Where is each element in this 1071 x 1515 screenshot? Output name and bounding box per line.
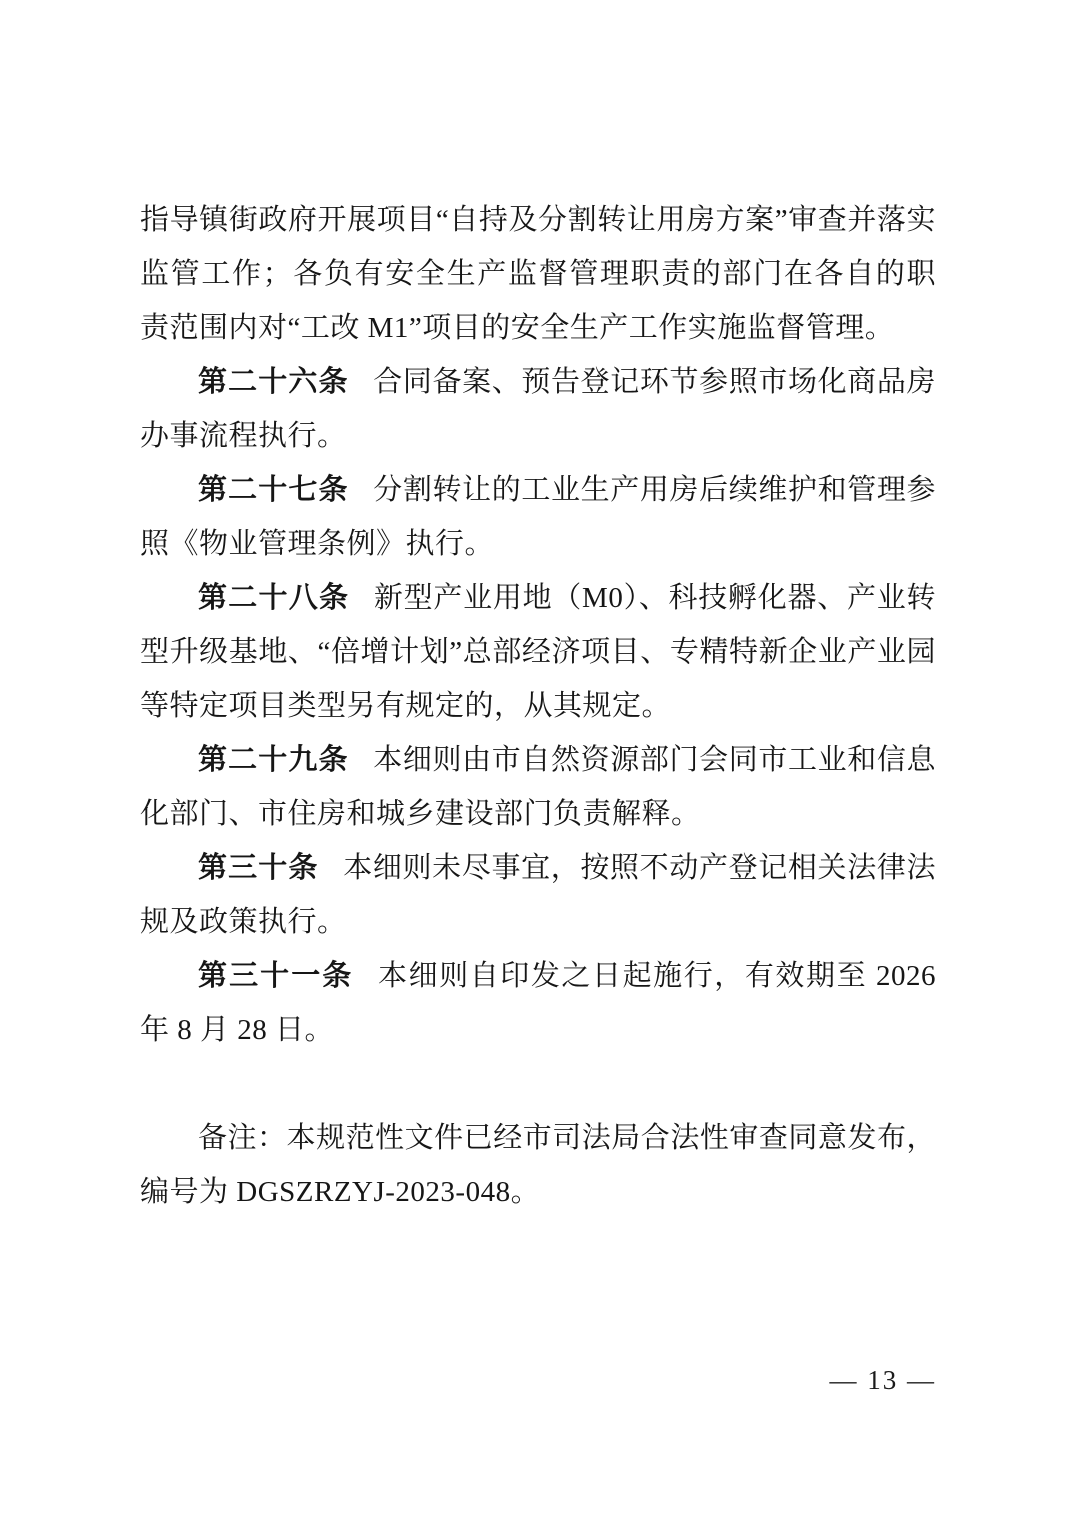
article-term: 第二十七条 [198, 474, 349, 506]
paragraph-article-30: 第三十条本细则未尽事宜，按照不动产登记相关法律法规及政策执行。 [140, 841, 936, 949]
article-term: 第三十一条 [198, 960, 353, 992]
paragraph-article-26: 第二十六条合同备案、预告登记环节参照市场化商品房办事流程执行。 [140, 355, 936, 463]
page-number: — 13 — [830, 1362, 937, 1398]
paragraph-article-29: 第二十九条本细则由市自然资源部门会同市工业和信息化部门、市住房和城乡建设部门负责… [140, 733, 936, 841]
article-term: 第二十九条 [198, 744, 349, 776]
article-term: 第二十八条 [198, 582, 349, 614]
paragraph-continuation: 指导镇街政府开展项目“自持及分割转让用房方案”审查并落实监管工作；各负有安全生产… [140, 193, 936, 355]
note-text: 备注：本规范性文件已经市司法局合法性审查同意发布，编号为 DGSZRZYJ-20… [140, 1122, 936, 1208]
paragraph-article-27: 第二十七条分割转让的工业生产用房后续维护和管理参照《物业管理条例》执行。 [140, 463, 936, 571]
note-paragraph: 备注：本规范性文件已经市司法局合法性审查同意发布，编号为 DGSZRZYJ-20… [140, 1111, 936, 1219]
article-term: 第二十六条 [198, 366, 349, 398]
paragraph-text: 指导镇街政府开展项目“自持及分割转让用房方案”审查并落实监管工作；各负有安全生产… [140, 204, 936, 344]
document-body: 指导镇街政府开展项目“自持及分割转让用房方案”审查并落实监管工作；各负有安全生产… [140, 193, 936, 1219]
paragraph-article-31: 第三十一条本细则自印发之日起施行，有效期至 2026 年 8 月 28 日。 [140, 949, 936, 1057]
paragraph-article-28: 第二十八条新型产业用地（M0）、科技孵化器、产业转型升级基地、“倍增计划”总部经… [140, 571, 936, 733]
article-term: 第三十条 [198, 852, 319, 884]
document-page: 指导镇街政府开展项目“自持及分割转让用房方案”审查并落实监管工作；各负有安全生产… [0, 0, 1071, 1515]
